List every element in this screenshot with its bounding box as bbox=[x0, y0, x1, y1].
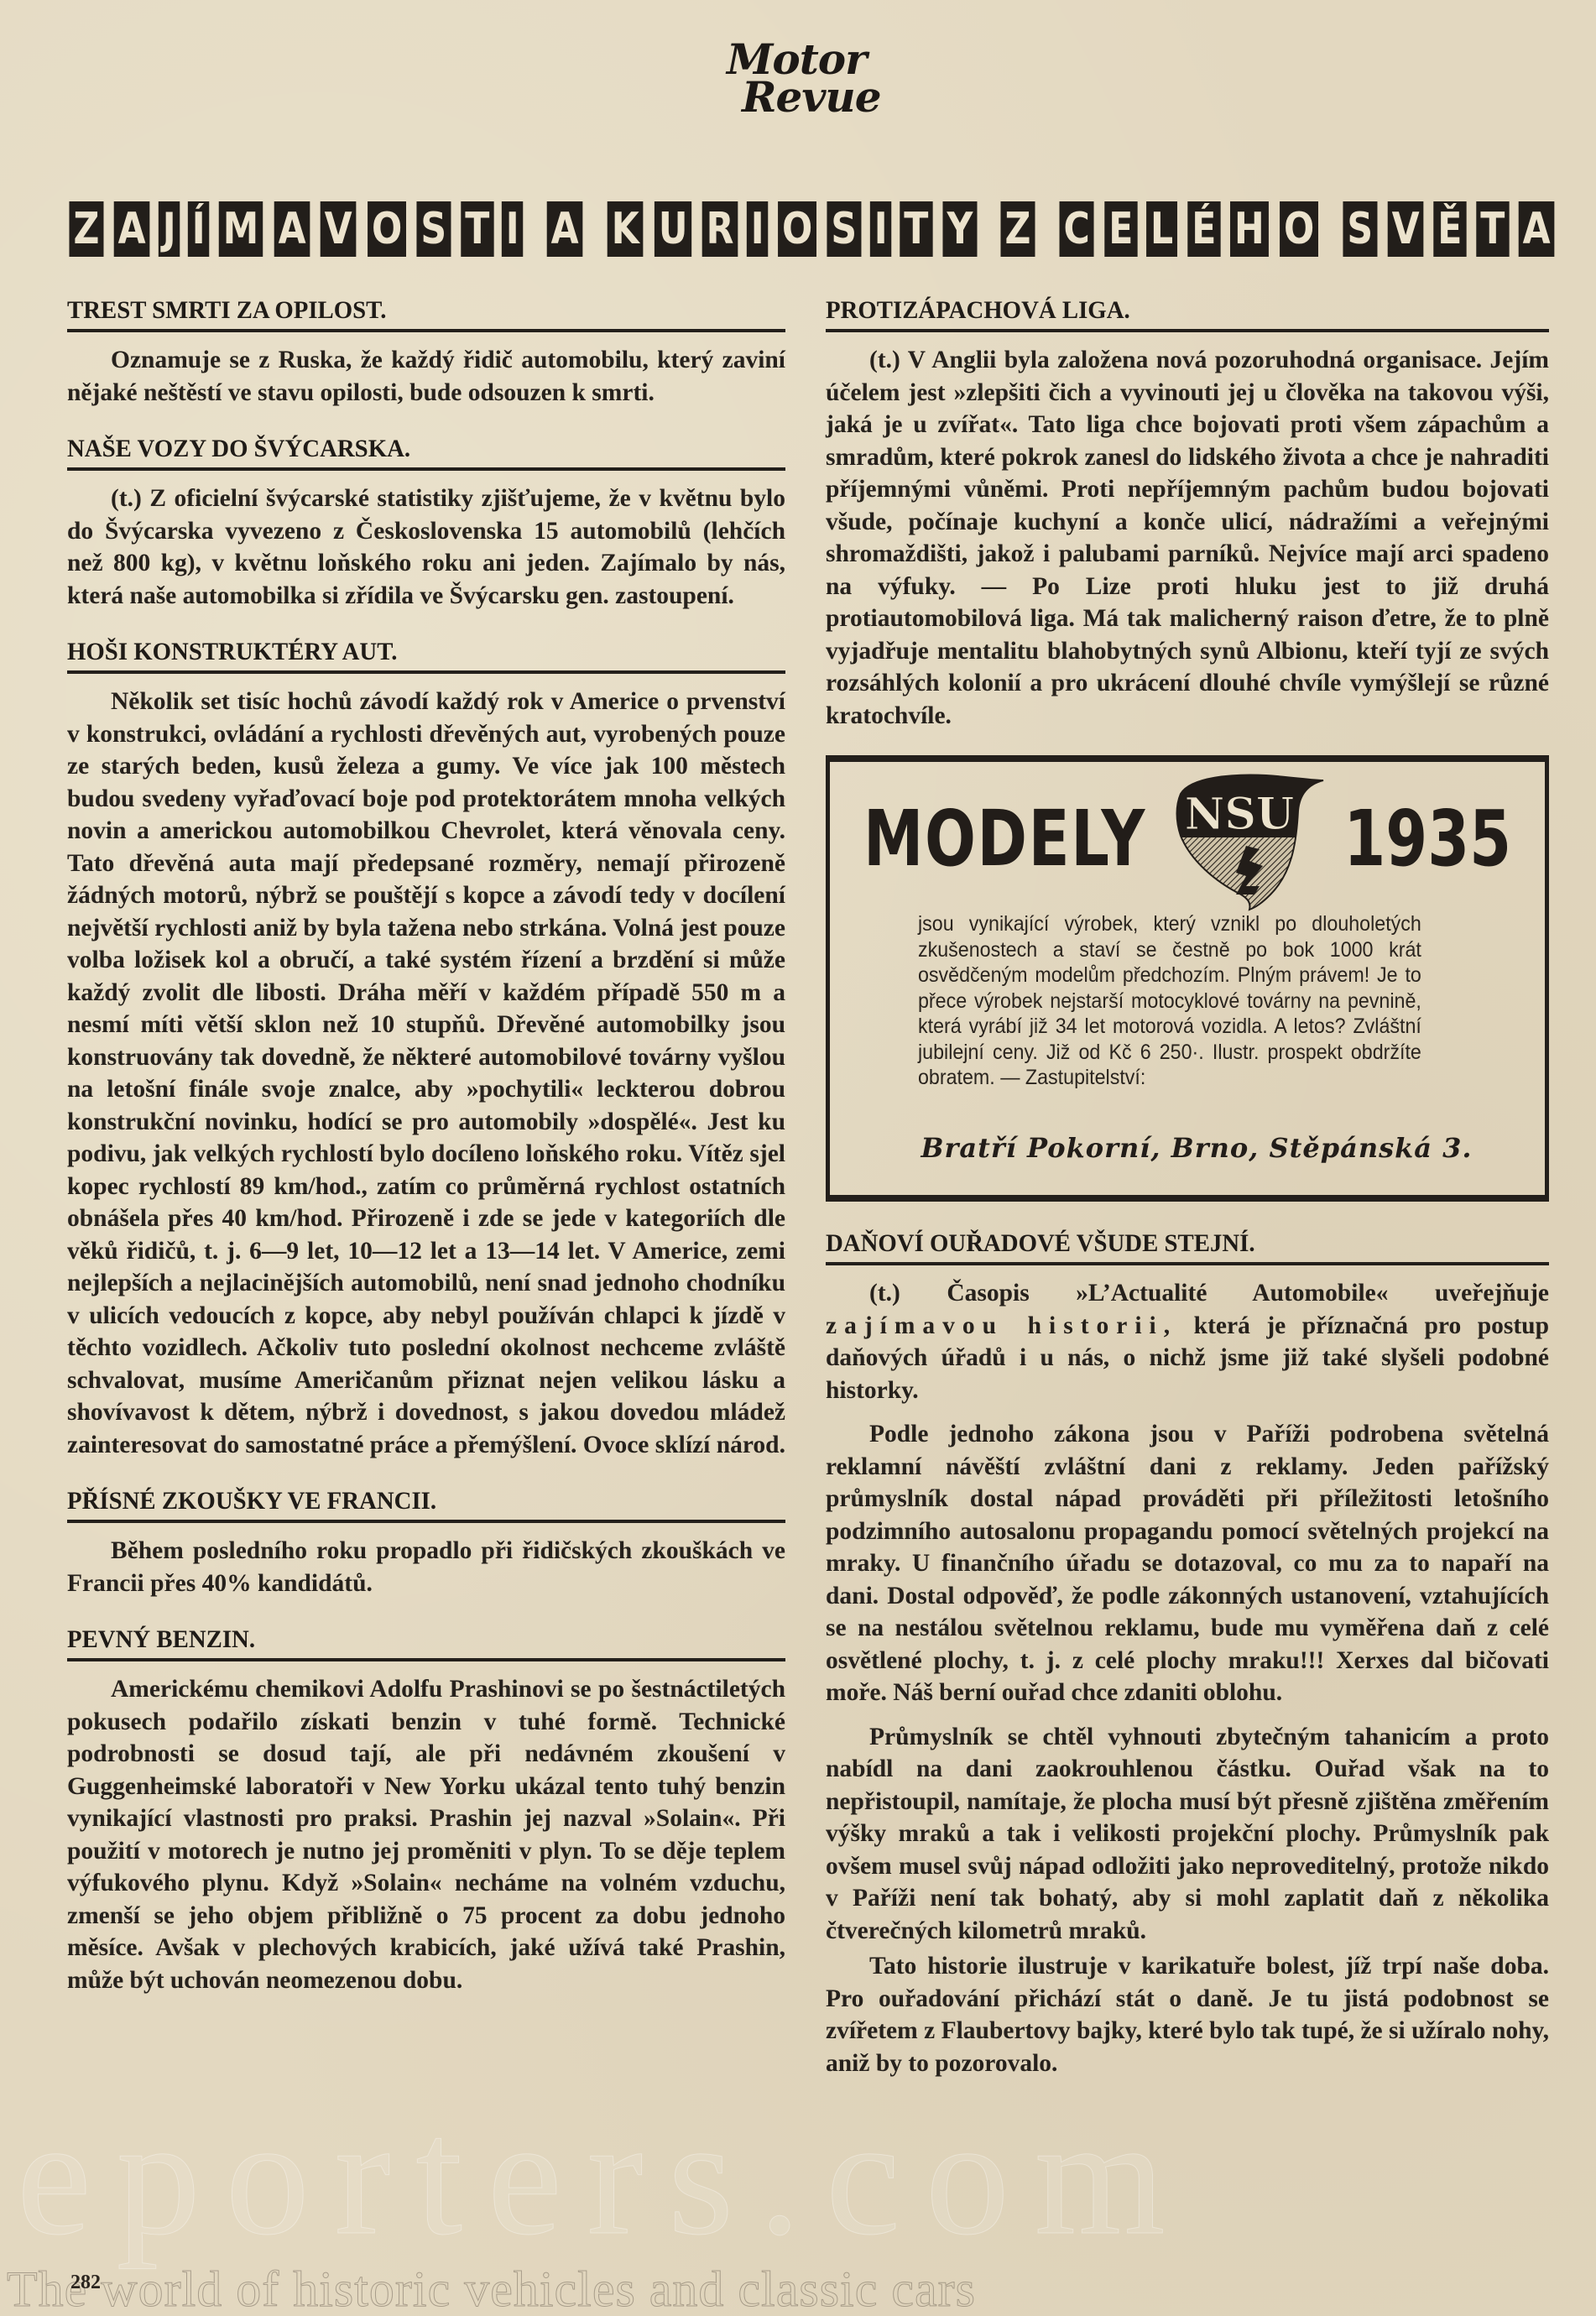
article-cars-to-switzerland: NAŠE VOZY DO ŠVÝCARSKA. (t.) Z oficielní… bbox=[67, 432, 785, 635]
banner-letter: E bbox=[1104, 201, 1137, 257]
banner-letter: V bbox=[1387, 201, 1423, 257]
svg-text:NSU: NSU bbox=[1185, 789, 1294, 840]
paragraph: Tato historie ilustruje v karikatuře bol… bbox=[826, 1950, 1549, 2079]
banner-letter: O bbox=[1280, 201, 1318, 257]
article-headline: PŘÍSNÉ ZKOUŠKY VE FRANCII. bbox=[67, 1484, 757, 1518]
banner-letter: A bbox=[1519, 201, 1555, 257]
paragraph-intro: (t.) Časopis »L’Actualité Automobile« uv… bbox=[826, 1277, 1549, 1406]
banner-letter: V bbox=[321, 201, 357, 257]
banner-letter: É bbox=[1187, 201, 1220, 257]
section-title-banner: ZAJÍMAVOSTIAKURIOSITYZCELÉHOSVĚTA bbox=[65, 201, 1559, 257]
masthead-logo: Motor Revue bbox=[722, 40, 906, 116]
paragraph: (t.) Z oficielní švýcarské statistiky zj… bbox=[67, 482, 785, 612]
article-body: Během posledního roku propadlo při řidič… bbox=[67, 1535, 785, 1599]
banner-letter: A bbox=[114, 201, 150, 257]
article-headline: PROTIZÁPACHOVÁ LIGA. bbox=[826, 294, 1520, 327]
watermark-site: eporters.com bbox=[17, 2081, 1190, 2273]
article-anti-odor-league: PROTIZÁPACHOVÁ LIGA. (t.) V Anglii byla … bbox=[826, 294, 1549, 732]
headline-rule bbox=[67, 467, 785, 471]
banner-letter: R bbox=[702, 201, 738, 257]
paragraph: Americkému chemikovi Adolfu Prashinovi s… bbox=[67, 1673, 785, 1996]
banner-letter: I bbox=[869, 201, 891, 257]
article-headline: HOŠI KONSTRUKTÉRY AUT. bbox=[67, 635, 757, 669]
banner-letter: T bbox=[1476, 201, 1509, 257]
paragraph: Během posledního roku propadlo při řidič… bbox=[67, 1535, 785, 1599]
article-headline: NAŠE VOZY DO ŠVÝCARSKA. bbox=[67, 432, 757, 466]
spaced-emphasis: zajímavou historii, bbox=[826, 1312, 1177, 1339]
ad-heading-models: MODELY bbox=[863, 801, 1146, 878]
banner-letter: A bbox=[547, 201, 583, 257]
banner-letter: L bbox=[1146, 201, 1177, 257]
ad-heading-year: 1935 bbox=[1343, 801, 1511, 878]
banner-letter: I bbox=[747, 201, 769, 257]
nsu-advertisement: MODELY NSU 1935 jsou vynikající výrobek,… bbox=[826, 755, 1549, 1202]
banner-letter: J bbox=[159, 201, 180, 257]
article-body: Americkému chemikovi Adolfu Prashinovi s… bbox=[67, 1673, 785, 1996]
right-column: PROTIZÁPACHOVÁ LIGA. (t.) V Anglii byla … bbox=[826, 294, 1549, 2079]
banner-letter: Ě bbox=[1433, 201, 1466, 257]
article-headline: TREST SMRTI ZA OPILOST. bbox=[67, 294, 757, 327]
headline-rule bbox=[67, 329, 785, 332]
paragraph: Podle jednoho zákona jsou v Paříži podro… bbox=[826, 1418, 1549, 1709]
banner-letter: H bbox=[1230, 201, 1269, 257]
article-solid-gasoline: PEVNÝ BENZIN. Americkému chemikovi Adolf… bbox=[67, 1623, 785, 1996]
nsu-logo-icon: NSU bbox=[1166, 769, 1325, 911]
article-death-penalty: TREST SMRTI ZA OPILOST. Oznamuje se z Ru… bbox=[67, 294, 785, 432]
article-body: (t.) Z oficielní švýcarské statistiky zj… bbox=[67, 482, 785, 612]
banner-letter: S bbox=[827, 201, 861, 257]
banner-letter: S bbox=[1343, 201, 1378, 257]
article-headline: PEVNÝ BENZIN. bbox=[67, 1623, 757, 1656]
paragraph: (t.) V Anglii byla založena nová pozoruh… bbox=[826, 344, 1549, 732]
banner-letter: Z bbox=[69, 201, 103, 257]
article-body: Oznamuje se z Ruska, že každý řidič auto… bbox=[67, 344, 785, 409]
article-boy-car-builders: HOŠI KONSTRUKTÉRY AUT. Několik set tisíc… bbox=[67, 635, 785, 1484]
banner-letter: Z bbox=[1001, 201, 1035, 257]
ad-copy: jsou vynikající výrobek, který vznikl po… bbox=[918, 911, 1421, 1091]
banner-letter: K bbox=[608, 201, 644, 257]
banner-letter: I bbox=[502, 201, 524, 257]
page-number: 282 bbox=[70, 2272, 101, 2294]
article-body: Několik set tisíc hochů závodí každý rok… bbox=[67, 686, 785, 1461]
paragraph: Několik set tisíc hochů závodí každý rok… bbox=[67, 686, 785, 1461]
banner-letter: M bbox=[219, 201, 263, 257]
watermark-tagline: The world of historic vehicles and class… bbox=[7, 2261, 976, 2316]
article-headline: DAŇOVÍ OUŘADOVÉ VŠUDE STEJNÍ. bbox=[826, 1227, 1520, 1260]
banner-letter: S bbox=[417, 201, 451, 257]
headline-rule bbox=[826, 1262, 1549, 1265]
headline-rule bbox=[67, 1658, 785, 1661]
article-body: (t.) V Anglii byla založena nová pozoruh… bbox=[826, 344, 1549, 732]
article-strict-exams-france: PŘÍSNÉ ZKOUŠKY VE FRANCII. Během posledn… bbox=[67, 1484, 785, 1623]
headline-rule bbox=[67, 670, 785, 674]
paragraph: Oznamuje se z Ruska, že každý řidič auto… bbox=[67, 344, 785, 409]
banner-letter: Y bbox=[942, 201, 977, 257]
article-tax-officials: DAŇOVÍ OUŘADOVÉ VŠUDE STEJNÍ. (t.) Časop… bbox=[826, 1227, 1549, 2079]
ad-dealer-address: Bratří Pokorní, Brno, Stěpánská 3. bbox=[865, 1131, 1528, 1165]
banner-letter: T bbox=[461, 201, 493, 257]
banner-letter: O bbox=[368, 201, 406, 257]
headline-rule bbox=[826, 329, 1549, 332]
banner-letter: O bbox=[778, 201, 816, 257]
left-column: TREST SMRTI ZA OPILOST. Oznamuje se z Ru… bbox=[67, 294, 785, 1996]
banner-letter: C bbox=[1060, 201, 1094, 257]
banner-letter: A bbox=[274, 201, 310, 257]
article-body: (t.) Časopis »L’Actualité Automobile« uv… bbox=[826, 1277, 1549, 2079]
banner-letter: Í bbox=[188, 201, 210, 257]
banner-letter: T bbox=[900, 201, 932, 257]
banner-letter: U bbox=[655, 201, 692, 257]
paragraph: Průmyslník se chtěl vyhnouti zbytečným t… bbox=[826, 1721, 1549, 1948]
headline-rule bbox=[67, 1520, 785, 1523]
masthead-line2: Revue bbox=[722, 78, 906, 116]
